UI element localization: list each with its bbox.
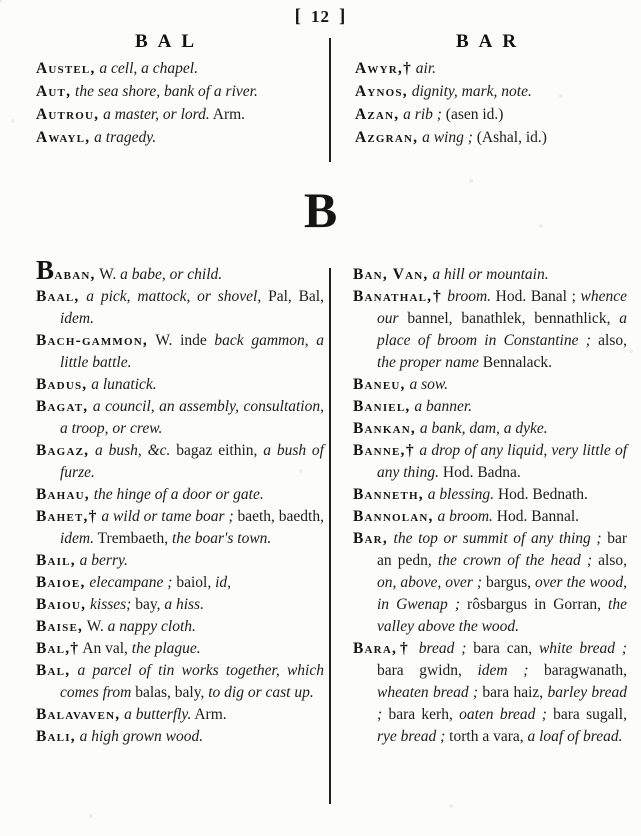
dictionary-entry: Baal, a pick, mattock, or shovel, Pal, B… <box>36 286 324 330</box>
entry-definition-run: oaten bread ; <box>453 706 547 723</box>
entry-definition-run: rye bread ; <box>377 728 445 745</box>
entry-definition-run: bannel, banathlek, bennathlick, <box>399 310 611 327</box>
entry-headword: Ban, Van, <box>353 266 428 283</box>
entry-definition-run: idem. <box>60 310 94 327</box>
entry-definition-run: also, <box>591 332 627 349</box>
entry-headword: Bara,† <box>353 640 412 657</box>
entry-definition-run: (asen id.) <box>442 106 504 123</box>
entry-definition-run: the hinge of a door or gate. <box>90 486 264 503</box>
dictionary-entry: Ban, Van, a hill or mountain. <box>353 264 627 286</box>
entry-definition-run: id, <box>211 574 231 591</box>
entry-headword: Bannolan, <box>353 508 434 525</box>
entry-definition-run: a butterfly. <box>120 706 191 723</box>
entry-headword: Bali, <box>36 728 76 745</box>
entry-definition-run: Bennalack. <box>479 354 552 371</box>
entry-definition-run: also, <box>592 552 627 569</box>
entry-definition-run: Trembaeth, <box>94 530 168 547</box>
dictionary-entry: Austel, a cell, a chapel. <box>36 57 323 80</box>
entry-definition-run: idem ; <box>462 662 528 679</box>
entry-definition-run: a rib ; <box>399 106 442 123</box>
entry-definition-run: W. inde <box>148 332 207 349</box>
entry-definition-run: dignity, mark, note. <box>408 83 532 100</box>
entry-headword: Azgran, <box>355 129 418 146</box>
dictionary-entry: Bach-gammon, W. inde back gammon, a litt… <box>36 330 324 374</box>
dictionary-entry: Awyr,† air. <box>355 57 625 80</box>
dictionary-entry: Baiou, kisses; bay, a hiss. <box>36 594 324 616</box>
entry-headword: Banneth, <box>353 486 424 503</box>
entry-headword: Baise, <box>36 618 83 635</box>
dictionary-entry: Autrou, a master, or lord. Arm. <box>36 103 323 126</box>
entry-headword: Bal,† <box>36 640 79 657</box>
entry-list-main-right: Ban, Van, a hill or mountain.Banathal,† … <box>331 264 641 748</box>
entry-headword: Bail, <box>36 552 76 569</box>
dictionary-entry: Bal, a parcel of tin works together, whi… <box>36 660 324 704</box>
entry-definition-run: a banner. <box>410 398 472 415</box>
entry-definition-run: a babe, or child. <box>116 266 222 283</box>
dictionary-entry: Awayl, a tragedy. <box>36 126 323 149</box>
dictionary-entry: Baniel, a banner. <box>353 396 627 418</box>
entry-definition-run: a master, or lord. <box>99 106 210 123</box>
page-number: [12] <box>0 6 641 28</box>
entry-headword: B <box>36 255 55 285</box>
entry-definition-run: Hod. Banal ; <box>491 288 576 305</box>
entry-definition-run: bara sugall, <box>547 706 627 723</box>
entry-definition-run: on, above, over ; <box>377 574 482 591</box>
dictionary-entry: Bail, a berry. <box>36 550 324 572</box>
entry-definition-run: a sow. <box>406 376 448 393</box>
book-page: [12] BAL Austel, a cell, a chapel.Aut, t… <box>0 0 641 836</box>
dictionary-entry: Aut, the sea shore, bank of a river. <box>36 80 323 103</box>
entry-definition-run: torth a vara, <box>445 728 523 745</box>
entry-definition-run: kisses; <box>86 596 131 613</box>
entry-headword: Aut, <box>36 83 71 100</box>
entry-headword: aban, <box>55 266 96 283</box>
entry-definition-run: Hod. Bednath. <box>494 486 588 503</box>
entry-definition-run: white bread ; <box>532 640 627 657</box>
entry-definition-run: W. <box>96 266 117 283</box>
entry-list-top-right: Awyr,† air.Aynos, dignity, mark, note.Az… <box>331 57 641 149</box>
entry-headword: Baal, <box>36 288 79 305</box>
entry-definition-run: Pal, Bal, <box>261 288 324 305</box>
entry-definition-run: Hod. Badna. <box>439 464 521 481</box>
entry-definition-run: bara can, <box>466 640 532 657</box>
top-right-column: BAR Awyr,† air.Aynos, dignity, mark, not… <box>331 30 641 162</box>
entry-headword: Austel, <box>36 60 96 77</box>
entry-headword: Bal, <box>36 662 70 679</box>
entry-definition-run: bread ; <box>412 640 466 657</box>
column-header-bal: BAL <box>0 30 329 54</box>
running-head-section: BAL Austel, a cell, a chapel.Aut, the se… <box>0 30 641 162</box>
dictionary-entry: Azgran, a wing ; (Ashal, id.) <box>355 126 625 149</box>
entry-headword: Bagat, <box>36 398 88 415</box>
entry-headword: Awayl, <box>36 129 90 146</box>
entry-definition-run: a blessing. <box>424 486 494 503</box>
entry-definition-run: a bush, &c. <box>89 442 170 459</box>
entry-definition-run: bara haiz, <box>478 684 543 701</box>
entry-definition-run: W. <box>83 618 104 635</box>
dictionary-entry: Bar, the top or summit of any thing ; ba… <box>353 528 627 638</box>
entry-definition-run: air. <box>412 60 436 77</box>
entry-definition-run: Arm. <box>210 106 245 123</box>
entry-headword: Baioe, <box>36 574 86 591</box>
entry-definition-run: balas, baly, <box>131 684 204 701</box>
entry-headword: Bahet,† <box>36 508 98 525</box>
dictionary-entry: Banne,† a drop of any liquid, very littl… <box>353 440 627 484</box>
top-left-column: BAL Austel, a cell, a chapel.Aut, the se… <box>0 30 329 162</box>
entry-headword: Bahau, <box>36 486 90 503</box>
entry-definition-run: baeth, baedth, <box>234 508 324 525</box>
dictionary-entry: Bagaz, a bush, &c. bagaz eithin, a bush … <box>36 440 324 484</box>
dictionary-entry: Baneu, a sow. <box>353 374 627 396</box>
entry-headword: Banathal,† <box>353 288 443 305</box>
entry-definition-run: a high grown wood. <box>76 728 203 745</box>
entry-definition-run: a pick, mattock, or shovel, <box>79 288 261 305</box>
entry-definition-run: bargus, <box>482 574 531 591</box>
entry-headword: Autrou, <box>36 106 99 123</box>
entry-headword: Bagaz, <box>36 442 89 459</box>
entry-headword: Balavaven, <box>36 706 120 723</box>
dictionary-entry: Bannolan, a broom. Hod. Bannal. <box>353 506 627 528</box>
entry-definition-run: bara gwidn, <box>377 662 462 679</box>
entry-definition-run: a bank, dam, a dyke. <box>416 420 548 437</box>
entry-definition-run: a cell, a chapel. <box>96 60 198 77</box>
dictionary-entry: Bankan, a bank, dam, a dyke. <box>353 418 627 440</box>
entry-list-main-left: Baban, W. a babe, or child.Baal, a pick,… <box>0 264 329 748</box>
entry-definition-run: An val, <box>79 640 128 657</box>
entry-definition-run: elecampane ; <box>86 574 173 591</box>
entry-definition-run: a hill or mountain. <box>428 266 548 283</box>
dictionary-entry: Bali, a high grown wood. <box>36 726 324 748</box>
entry-definition-run: a broom. <box>434 508 493 525</box>
dictionary-entry: Bahet,† a wild or tame boar ; baeth, bae… <box>36 506 324 550</box>
entry-definition-run: bay, <box>131 596 160 613</box>
entry-definition-run: a loaf of bread. <box>524 728 623 745</box>
entry-definition-run: the crown of the head ; <box>432 552 592 569</box>
dictionary-entry: Baban, W. a babe, or child. <box>36 264 324 286</box>
dictionary-entry: Bara,† bread ; bara can, white bread ; b… <box>353 638 627 748</box>
entry-definition-run: a berry. <box>76 552 128 569</box>
page-number-value: 12 <box>311 7 330 26</box>
entry-definition-run: the boar's town. <box>168 530 271 547</box>
dictionary-entry: Baioe, elecampane ; baiol, id, <box>36 572 324 594</box>
entry-definition-run: baiol, <box>172 574 211 591</box>
entry-definition-run: idem. <box>60 530 94 547</box>
entry-headword: Azan, <box>355 106 399 123</box>
entry-definition-run: Arm. <box>191 706 226 723</box>
entry-headword: Badus, <box>36 376 87 393</box>
entry-definition-run: a hiss. <box>160 596 204 613</box>
entry-headword: Awyr,† <box>355 60 412 77</box>
entry-definition-run: rôsbargus in Gorran, <box>460 596 601 613</box>
entry-definition-run: a wild or tame boar ; <box>98 508 234 525</box>
section-letter: B <box>0 182 641 238</box>
entry-definition-run: a tragedy. <box>90 129 156 146</box>
page-number-bracket-left: [ <box>286 6 311 27</box>
entry-headword: Bankan, <box>353 420 416 437</box>
entry-definition-run: broom. <box>443 288 491 305</box>
entry-headword: Bar, <box>353 530 388 547</box>
paper-speckles <box>0 0 2 2</box>
entry-headword: Baniel, <box>353 398 410 415</box>
entry-headword: Bach-gammon, <box>36 332 148 349</box>
entry-definition-run: (Ashal, id.) <box>473 129 547 146</box>
entry-definition-run: a lunatick. <box>87 376 156 393</box>
dictionary-entry: Banathal,† broom. Hod. Banal ; whence ou… <box>353 286 627 374</box>
entry-definition-run: to dig or cast up. <box>204 684 313 701</box>
dictionary-entry: Aynos, dignity, mark, note. <box>355 80 625 103</box>
dictionary-entry: Badus, a lunatick. <box>36 374 324 396</box>
dictionary-entry: Baise, W. a nappy cloth. <box>36 616 324 638</box>
entry-headword: Banne,† <box>353 442 415 459</box>
entry-definition-run: baragwanath, <box>528 662 627 679</box>
entry-headword: Baneu, <box>353 376 406 393</box>
entry-definition-run: Hod. Bannal. <box>493 508 579 525</box>
dictionary-entry: Banneth, a blessing. Hod. Bednath. <box>353 484 627 506</box>
dictionary-entry: Balavaven, a butterfly. Arm. <box>36 704 324 726</box>
dictionary-entry: Bagat, a council, an assembly, consultat… <box>36 396 324 440</box>
column-header-bar: BAR <box>331 30 641 54</box>
entry-definition-run: wheaten bread ; <box>377 684 478 701</box>
entry-definition-run: the proper name <box>377 354 479 371</box>
entry-definition-run: a nappy cloth. <box>104 618 196 635</box>
dictionary-entry: Azan, a rib ; (asen id.) <box>355 103 625 126</box>
dictionary-entry: Bal,† An val, the plague. <box>36 638 324 660</box>
entry-headword: Aynos, <box>355 83 408 100</box>
page-number-bracket-right: ] <box>330 6 355 27</box>
entry-headword: Baiou, <box>36 596 86 613</box>
entry-definition-run: a wing ; <box>418 129 473 146</box>
entry-list-top-left: Austel, a cell, a chapel.Aut, the sea sh… <box>0 57 329 149</box>
main-dictionary-section: Baban, W. a babe, or child.Baal, a pick,… <box>0 264 641 804</box>
entry-definition-run: bagaz eithin, <box>170 442 257 459</box>
entry-definition-run: a council, an assembly, consultation, a … <box>60 398 324 437</box>
entry-definition-run: bara kerh, <box>382 706 453 723</box>
entry-definition-run: the sea shore, bank of a river. <box>71 83 258 100</box>
entry-definition-run: the top or summit of any thing ; <box>388 530 602 547</box>
dictionary-entry: Bahau, the hinge of a door or gate. <box>36 484 324 506</box>
entry-definition-run: the plague. <box>128 640 201 657</box>
